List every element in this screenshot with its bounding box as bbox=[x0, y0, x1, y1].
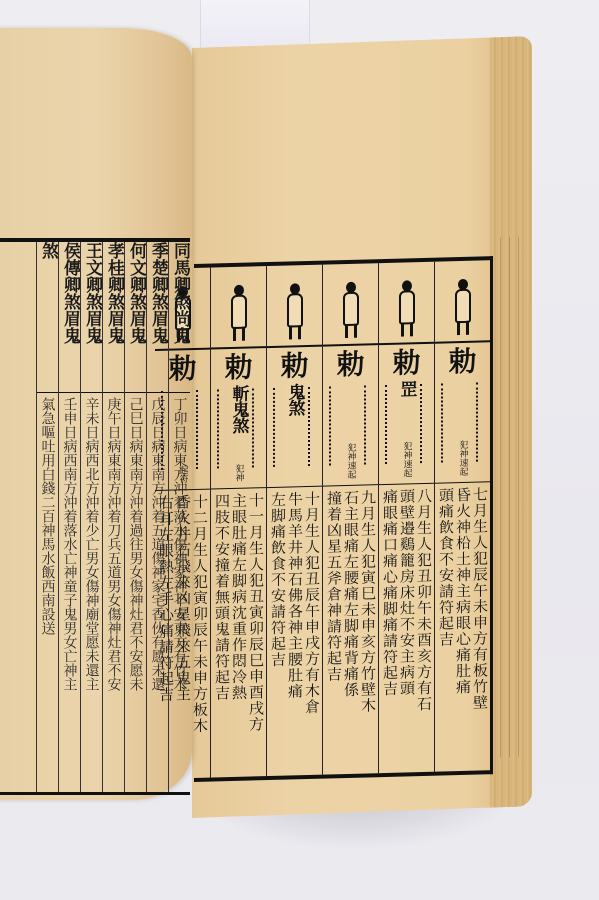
charm-command-glyph: 勅 bbox=[224, 352, 252, 383]
column-header: 季楚卿煞眉鬼 bbox=[147, 242, 168, 393]
charm-command-glyph: 勅 bbox=[448, 347, 476, 378]
talisman-charm: 勅 斬鬼煞 犯神 bbox=[211, 348, 266, 489]
text-line: 主眼肚痛左脚病沈重作悶冷熱 bbox=[230, 493, 247, 773]
column-text: 丁卯日病東方沖着落水傷神家神不安東方有竹木 bbox=[172, 393, 188, 792]
column-text: 氣急嘔吐用白錢二百神馬水飯西南設送 bbox=[40, 393, 56, 792]
talisman-charm: 勅 𩲡 犯神速起 bbox=[435, 342, 490, 483]
prescription-text: 七月生人犯辰午未申方有板竹壁 昏火神柗土神主病眼心痛肚痛 頭痛飲食不安請符起吉 bbox=[435, 482, 490, 771]
column-text: 戊辰日病東南方沖着五道傷神家宅香伙有愿未還 bbox=[150, 393, 166, 792]
text-line: 七月生人犯辰午未申方有板竹壁 bbox=[471, 486, 488, 766]
charm-body-glyph: 鬼煞 bbox=[286, 383, 304, 415]
day-column: 王文卿煞眉鬼 辛未日病西北方沖着少亡男女傷神廟堂愿未還主 bbox=[80, 242, 102, 792]
talisman-charm: 勅 罡 犯神速起 bbox=[379, 344, 434, 485]
prescription-text: 九月生人犯寅巳未申亥方竹壁木 石主眼痛左腰痛左脚痛背痛係 撞着凶星五斧倉神請符起… bbox=[323, 485, 378, 774]
person-figure-icon bbox=[342, 282, 360, 338]
charm-note: 犯神速起 bbox=[402, 441, 412, 477]
charm-command-glyph: 勅 bbox=[280, 351, 308, 382]
column-text: 庚午日病東南方沖着刀兵五道男女傷神灶君不安 bbox=[106, 393, 122, 792]
charm-body-glyph: 斬鬼煞 bbox=[230, 385, 248, 433]
column-text: 壬申日病西南方沖着落水亡神童子鬼男女亡神主 bbox=[62, 393, 78, 792]
charm-body-glyph: 罡 bbox=[398, 380, 416, 396]
day-column: 同馬卿煞尚鬼 丁卯日病東方沖着落水傷神家神不安東方有竹木 bbox=[168, 242, 190, 792]
page-edge-stack bbox=[490, 36, 532, 807]
month-column-9: 勅 𩲡 犯神速起 九月生人犯寅巳未申亥方竹壁木 石主眼痛左腰痛左脚痛背痛係 撞着… bbox=[322, 263, 378, 774]
month-column-10: 勅 鬼煞 十月生人犯丑辰午申戌方有木倉 牛馬羊井神石佛各神主腰肚痛 左脚痛飲食不… bbox=[266, 265, 322, 776]
column-text: 己巳日病東南方沖着過往男女傷神灶君不安愿未 bbox=[128, 393, 144, 792]
text-line: 左脚痛飲食不安請符起吉 bbox=[269, 492, 286, 772]
talisman-charm: 勅 鬼煞 bbox=[267, 347, 322, 488]
text-line: 頭壁邉鷄籠房床灶不安主病頭 bbox=[398, 488, 415, 768]
column-header: 王文卿煞眉鬼 bbox=[81, 242, 102, 393]
text-line: 牛馬羊井神石佛各神主腰肚痛 bbox=[286, 491, 303, 771]
column-header: 侯傳卿煞眉鬼 bbox=[59, 242, 80, 393]
column-header: 煞 bbox=[37, 242, 58, 393]
figure-cell bbox=[267, 265, 322, 348]
figure-cell bbox=[211, 266, 266, 349]
right-page-print-block: 勅 𩲡 犯神速起 七月生人犯辰午未申方有板竹壁 昏火神柗土神主病眼心痛肚痛 頭痛… bbox=[194, 256, 493, 782]
charm-note: 犯神速起 bbox=[346, 443, 356, 479]
charm-command-glyph: 勅 bbox=[336, 350, 364, 381]
page-edge-ink-bleed bbox=[496, 236, 526, 757]
text-line: 痛眼痛口痛心痛脚痛請符起吉 bbox=[381, 489, 398, 769]
charm-body-glyph: 𩲡 bbox=[454, 379, 472, 395]
talisman-charm: 勅 𩲡 犯神速起 bbox=[323, 345, 378, 486]
left-page-print-block: 同馬卿煞尚鬼 丁卯日病東方沖着落水傷神家神不安東方有竹木 季楚卿煞眉鬼 戊辰日病… bbox=[0, 238, 190, 795]
column-header: 孝桂卿煞眉鬼 bbox=[103, 242, 124, 393]
prescription-text: 十月生人犯丑辰午申戌方有木倉 牛馬羊井神石佛各神主腰肚痛 左脚痛飲食不安請符起吉 bbox=[267, 487, 322, 776]
text-line: 昏火神柗土神主病眼心痛肚痛 bbox=[454, 487, 471, 767]
charm-command-glyph: 勅 bbox=[392, 348, 420, 379]
text-line: 頭痛飲食不安請符起吉 bbox=[437, 487, 454, 767]
month-column-7: 勅 𩲡 犯神速起 七月生人犯辰午未申方有板竹壁 昏火神柗土神主病眼心痛肚痛 頭痛… bbox=[434, 260, 490, 771]
figure-cell bbox=[435, 260, 490, 343]
column-text: 辛未日病西北方沖着少亡男女傷神廟堂愿未還主 bbox=[84, 393, 100, 792]
text-line: 撞着凶星五斧倉神請符起吉 bbox=[325, 490, 342, 770]
day-column: 孝桂卿煞眉鬼 庚午日病東南方沖着刀兵五道男女傷神灶君不安 bbox=[102, 242, 124, 792]
person-figure-icon bbox=[286, 283, 304, 339]
figure-cell bbox=[323, 263, 378, 346]
month-column-8: 勅 罡 犯神速起 八月生人犯丑卯午未酉亥方有石 頭壁邉鷄籠房床灶不安主病頭 痛眼… bbox=[378, 262, 434, 773]
prescription-text: 十一月生人犯丑寅卯辰巳申酉戌方 主眼肚痛左脚病沈重作悶冷熱 四肢不安撞着無頭鬼請… bbox=[211, 488, 266, 777]
person-figure-icon bbox=[398, 280, 416, 336]
prescription-text: 八月生人犯丑卯午未酉亥方有石 頭壁邉鷄籠房床灶不安主病頭 痛眼痛口痛心痛脚痛請符… bbox=[379, 484, 434, 773]
text-line: 十一月生人犯丑寅卯辰巳申酉戌方 bbox=[247, 492, 264, 772]
month-column-11: 勅 斬鬼煞 犯神 十一月生人犯丑寅卯辰巳申酉戌方 主眼肚痛左脚病沈重作悶冷熱 四… bbox=[210, 266, 266, 777]
person-figure-icon bbox=[230, 285, 248, 341]
text-line: 十月生人犯丑辰午申戌方有木倉 bbox=[303, 491, 320, 771]
figure-cell bbox=[379, 262, 434, 345]
text-line: 四肢不安撞着無頭鬼請符起吉 bbox=[213, 493, 230, 773]
text-line: 九月生人犯寅巳未申亥方竹壁木 bbox=[359, 489, 376, 769]
charm-body-glyph: 𩲡 bbox=[342, 382, 360, 398]
day-column: 何文卿煞眉鬼 己巳日病東南方沖着過往男女傷神灶君不安愿未 bbox=[124, 242, 146, 792]
text-line: 八月生人犯丑卯午未酉亥方有石 bbox=[415, 488, 432, 768]
day-column: 季楚卿煞眉鬼 戊辰日病東南方沖着五道傷神家宅香伙有愿未還 bbox=[146, 242, 168, 792]
text-line: 石主眼痛左腰痛左脚痛背痛係 bbox=[342, 490, 359, 770]
charm-note: 犯神 bbox=[234, 464, 244, 482]
column-header: 同馬卿煞尚鬼 bbox=[169, 242, 190, 393]
column-header: 何文卿煞眉鬼 bbox=[125, 242, 146, 393]
text-line: 十二月生人犯寅卯辰午未申方板木 bbox=[191, 494, 208, 774]
day-column: 侯傳卿煞眉鬼 壬申日病西南方沖着落水亡神童子鬼男女亡神主 bbox=[58, 242, 80, 792]
charm-note: 犯神速起 bbox=[458, 440, 468, 476]
person-figure-icon bbox=[454, 279, 472, 335]
day-column: 煞 氣急嘔吐用白錢二百神馬水飯西南設送 bbox=[36, 242, 58, 792]
